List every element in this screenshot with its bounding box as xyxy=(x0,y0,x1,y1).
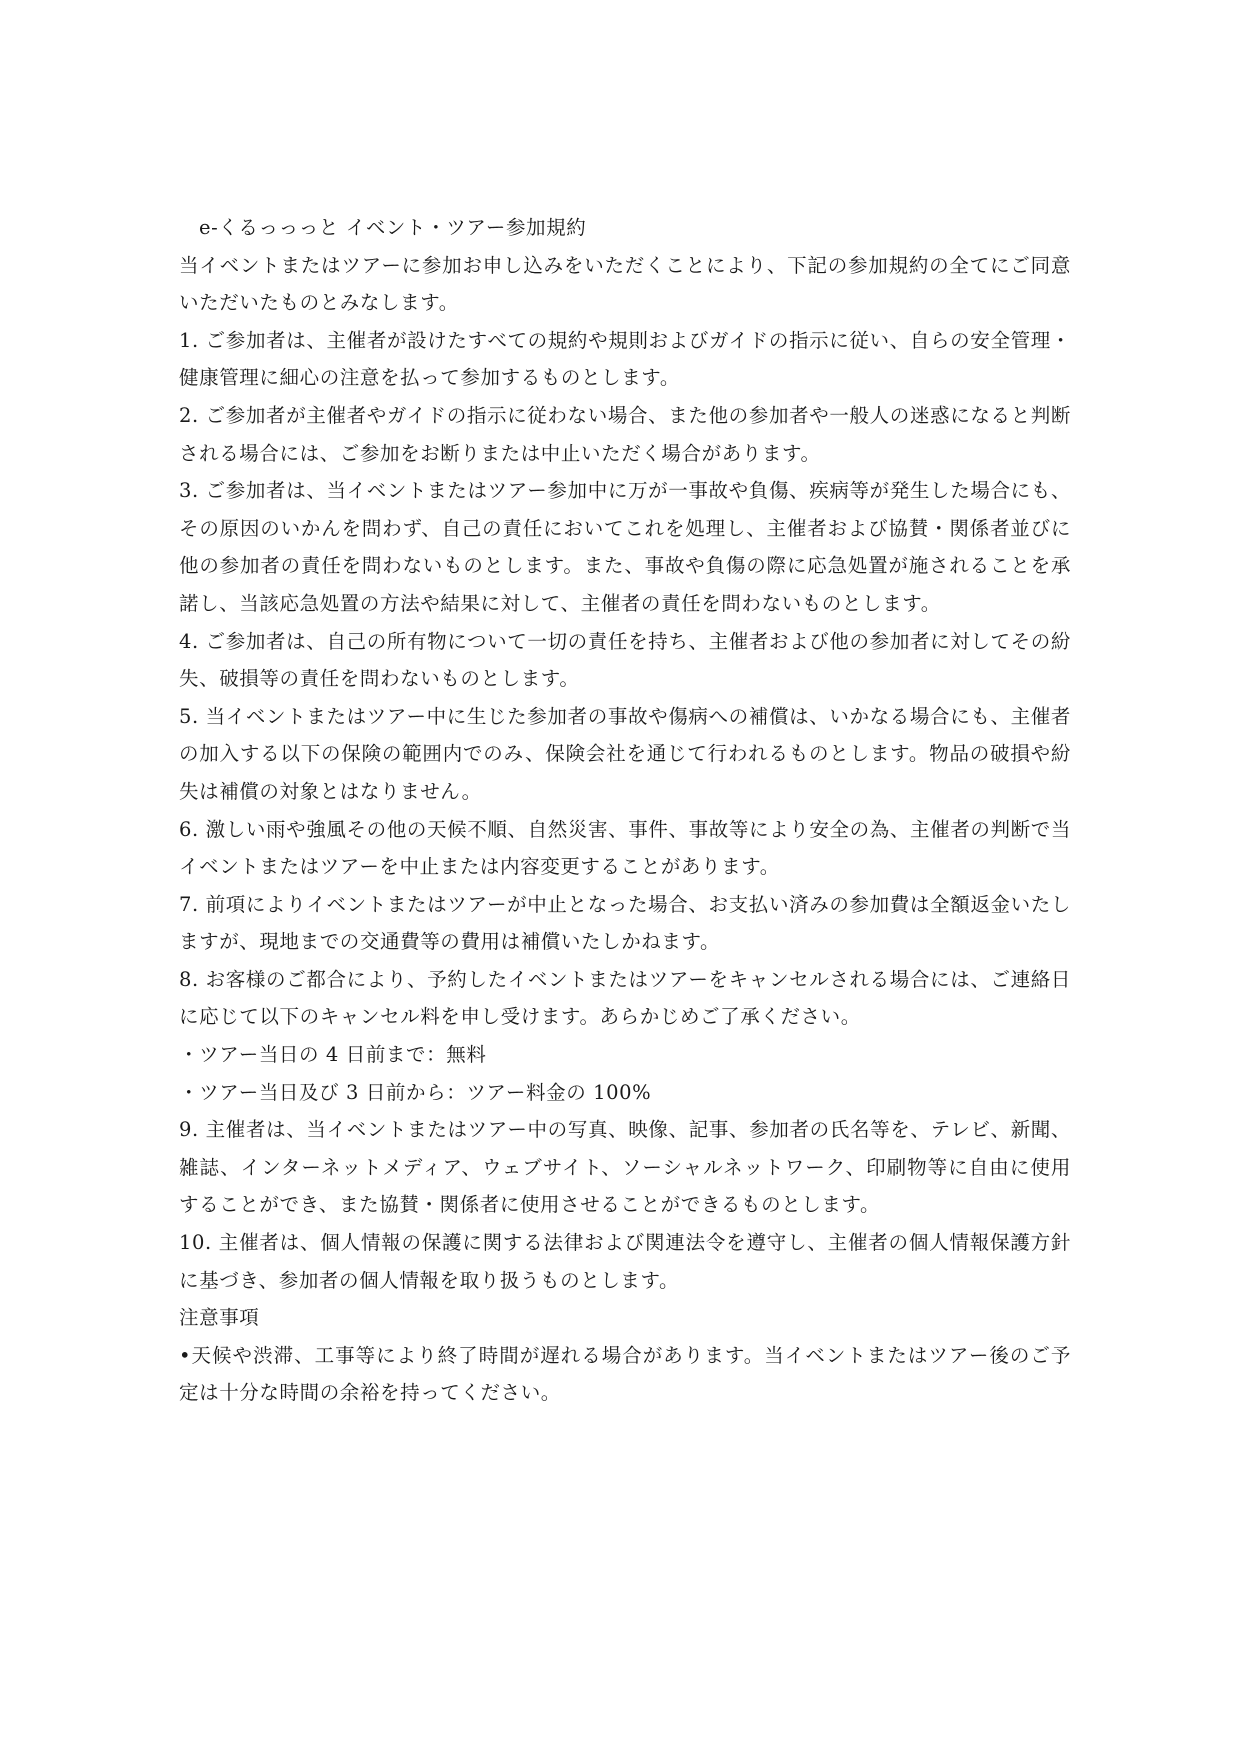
clause-3: 3. ご参加者は、当イベントまたはツアー参加中に万が一事故や負傷、疾病等が発生し… xyxy=(179,472,1071,622)
clause-9: 9. 主催者は、当イベントまたはツアー中の写真、映像、記事、参加者の氏名等を、テ… xyxy=(179,1111,1071,1224)
clause-8: 8. お客様のご都合により、予約したイベントまたはツアーをキャンセルされる場合に… xyxy=(179,961,1071,1036)
clause-2: 2. ご参加者が主催者やガイドの指示に従わない場合、また他の参加者や一般人の迷惑… xyxy=(179,397,1071,472)
clause-6: 6. 激しい雨や強風その他の天候不順、自然災害、事件、事故等により安全の為、主催… xyxy=(179,811,1071,886)
clause-4: 4. ご参加者は、自己の所有物について一切の責任を持ち、主催者および他の参加者に… xyxy=(179,623,1071,698)
clause-10: 10. 主催者は、個人情報の保護に関する法律および関連法令を遵守し、主催者の個人… xyxy=(179,1224,1071,1299)
clause-5: 5. 当イベントまたはツアー中に生じた参加者の事故や傷病への補償は、いかなる場合… xyxy=(179,698,1071,811)
intro-paragraph: 当イベントまたはツアーに参加お申し込みをいただくことにより、下記の参加規約の全て… xyxy=(179,247,1071,322)
cancellation-fee-1: ・ツアー当日の 4 日前まで：無料 xyxy=(179,1036,1071,1074)
clause-7: 7. 前項によりイベントまたはツアーが中止となった場合、お支払い済みの参加費は全… xyxy=(179,886,1071,961)
notes-heading: 注意事項 xyxy=(179,1299,1071,1337)
clause-1: 1. ご参加者は、主催者が設けたすべての規約や規則およびガイドの指示に従い、自ら… xyxy=(179,322,1071,397)
cancellation-fee-2: ・ツアー当日及び 3 日前から：ツアー料金の 100% xyxy=(179,1074,1071,1112)
note-1: •天候や渋滞、工事等により終了時間が遅れる場合があります。当イベントまたはツアー… xyxy=(179,1337,1071,1412)
terms-document: e-くるっっっと イベント・ツアー参加規約 当イベントまたはツアーに参加お申し込… xyxy=(179,209,1071,1412)
document-title: e-くるっっっと イベント・ツアー参加規約 xyxy=(179,209,1071,247)
